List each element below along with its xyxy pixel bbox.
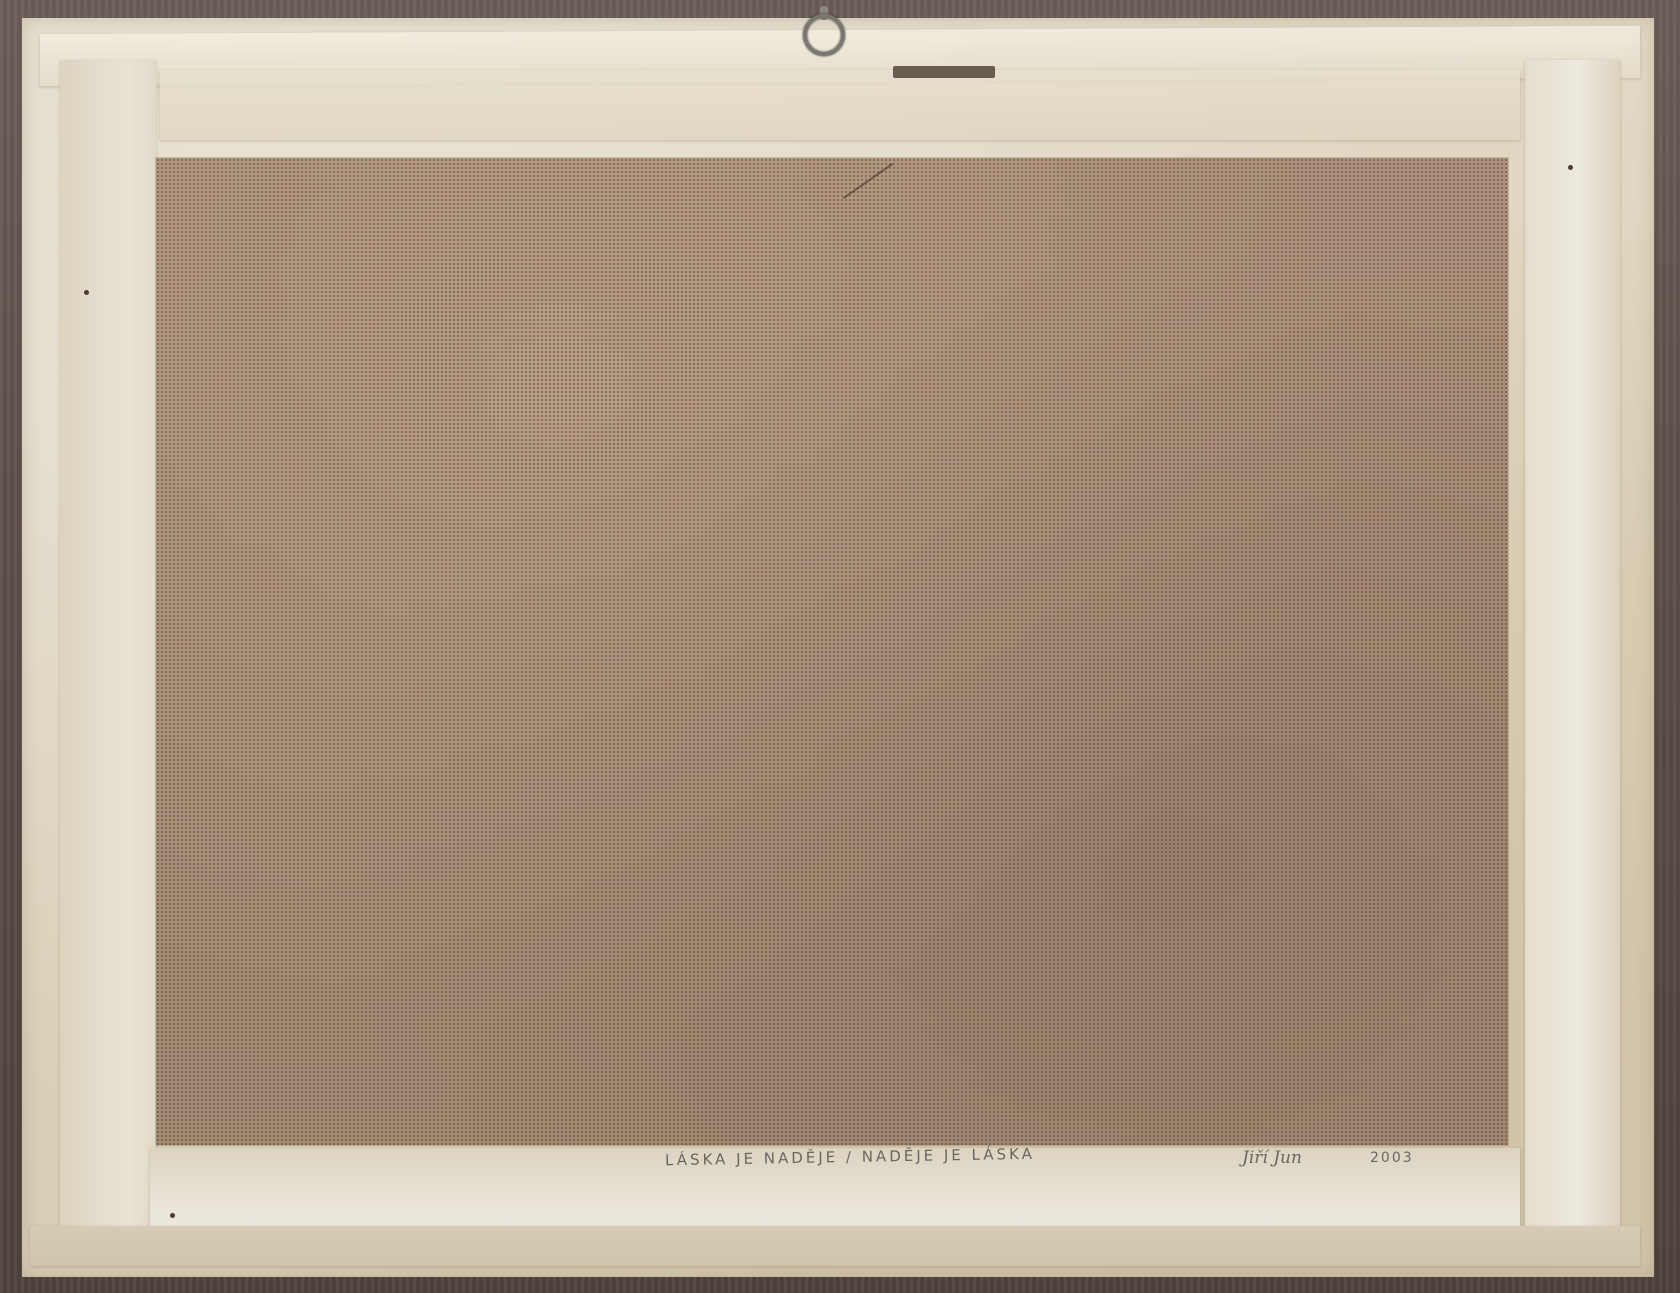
hanging-ring-icon <box>803 14 845 56</box>
tape-right <box>1525 60 1620 1233</box>
torn-paper-gap <box>893 66 995 78</box>
tape-left <box>60 60 156 1233</box>
nail-hole <box>84 290 89 295</box>
inscription-year: 2003 <box>1370 1150 1414 1166</box>
hardboard-panel <box>156 158 1508 1145</box>
artist-signature: Jiří Jun <box>1242 1148 1302 1168</box>
nail-hole <box>170 1213 175 1218</box>
tape-bottom-outer <box>30 1226 1640 1266</box>
tape-top-inner <box>160 70 1520 140</box>
nail-hole <box>1568 165 1573 170</box>
artwork-back-photo: LÁSKA JE NADĚJE / NADĚJE JE LÁSKA Jiří J… <box>0 0 1680 1293</box>
